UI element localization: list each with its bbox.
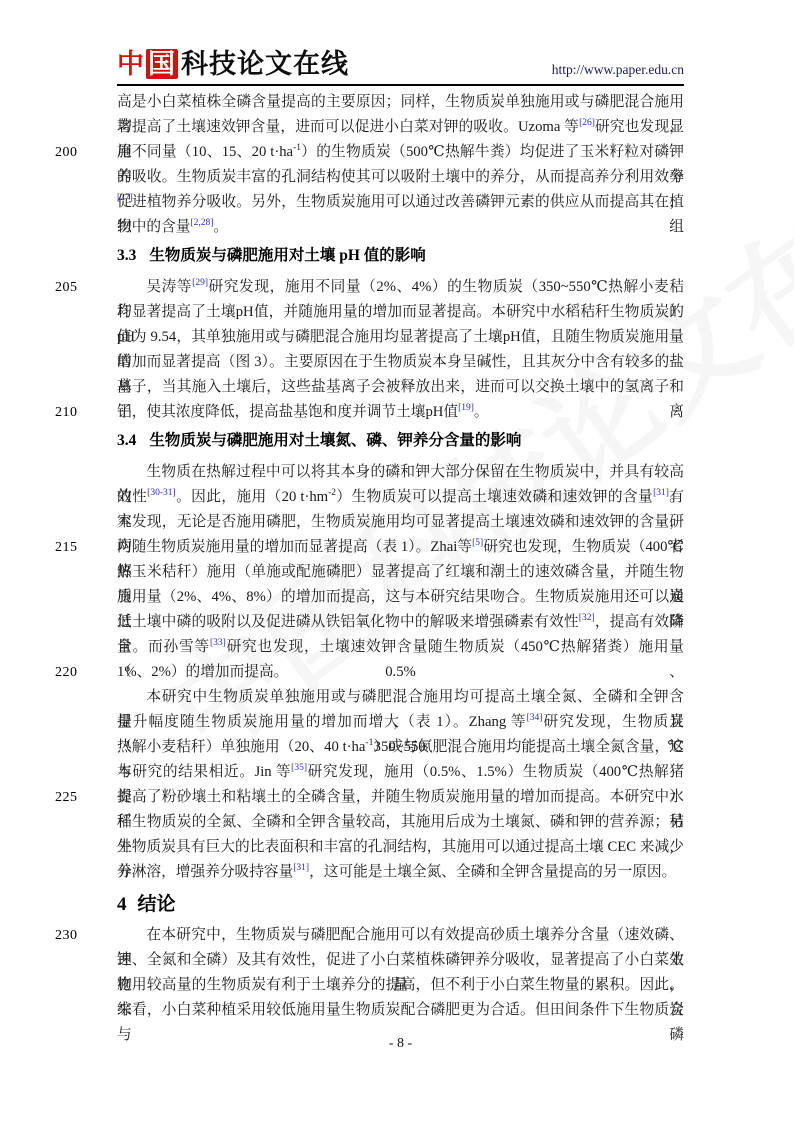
- text-run: 均随生物质炭施用量的增加而显著提高（表 1）。Zhai等: [117, 539, 472, 555]
- section-heading: 4结论: [117, 891, 684, 919]
- line-number: 205: [55, 275, 99, 300]
- text-line: 热解小麦秸秆）单独施用（20、40 t·ha-1）或与氮肥混合施用均能提高土壤全…: [117, 735, 684, 760]
- paragraph: 高是小白菜植株全磷含量提高的主要原因；同样，生物质炭单独施用或与磷肥混合施用均显…: [117, 90, 684, 240]
- text-line: 促进植物养分吸收。另外，生物质炭施用可以通过改善磷钾元素的供应从而提高其在植物组: [117, 190, 684, 215]
- text-run: 吴涛等: [146, 279, 192, 295]
- text-line: 钾、全氮和全磷）及其有效性，促进了小白菜植株磷钾养分吸收，显著提高了小白菜生物量…: [117, 948, 684, 973]
- text-line: 生物质炭具有巨大的比表面积和丰富的孔洞结构，其施用可以通过提高土壤 CEC 来减…: [117, 835, 684, 860]
- text-run: 的吸收。生物质炭丰富的孔洞结构使其可以吸附土壤中的养分，从而提高养分利用效率: [117, 169, 684, 185]
- line-number: 220: [55, 660, 99, 685]
- text-run: 热解小麦秸秆）单独施用（20、40 t·ha: [117, 739, 365, 755]
- text-line: 量。而孙雪等[33]研究也发现，土壤速效钾含量随生物质炭（450℃热解猪粪）施用…: [117, 635, 684, 660]
- logo-char-guo: 国: [146, 49, 178, 79]
- text-line: 秆生物质炭的全氮、全磷和全钾含量较高，其施用后成为土壤氮、磷和钾的营养源；另外，: [117, 810, 684, 835]
- text-run: 著提高了土壤速效钾含量，进而可以促进小白菜对钾的吸收。Uzoma 等: [117, 119, 579, 135]
- text-line: 来看，小白菜种植采用较低施用量生物质炭配合磷肥更为合适。但田间条件下生物质炭与磷: [117, 998, 684, 1023]
- text-line: 究发现，无论是否施用磷肥，生物质炭施用均可显著提高土壤速效磷和速效钾的含量，两者: [117, 510, 684, 535]
- heading-title: 生物质炭与磷肥施用对土壤 pH 值的影响: [149, 247, 425, 264]
- reference-superscript: [30-31]: [147, 488, 176, 498]
- text-run: ）生物质炭可以提高土壤速效磷和速效钾的含量: [336, 489, 653, 505]
- text-line: 2201%、2%）的增加而提高。: [117, 660, 684, 685]
- paragraph: 本研究中生物质炭单独施用或与磷肥混合施用均可提高土壤全氮、全磷和全钾含量，且提升…: [117, 685, 684, 885]
- text-line: 的吸收。生物质炭丰富的孔洞结构使其可以吸附土壤中的养分，从而提高养分利用效率[2…: [117, 165, 684, 190]
- text-line: 低土壤中磷的吸附以及促进磷从铁铝氧化物中的解吸来增强磷素有效性[32]，提高有效…: [117, 610, 684, 635]
- site-logo: 中 国 科技论文在线: [117, 49, 349, 79]
- heading-title: 生物质炭与磷肥施用对土壤氮、磷、钾养分含量的影响: [149, 432, 521, 449]
- document-body: 高是小白菜植株全磷含量提高的主要原因；同样，生物质炭单独施用或与磷肥混合施用均显…: [117, 90, 684, 1023]
- heading-number: 3.3: [117, 247, 136, 264]
- line-number: 210: [55, 400, 99, 425]
- text-line: 均显著提高了土壤pH值，并随施用量的增加而显著提高。本研究中水稻秸秆生物质炭的p…: [117, 300, 684, 325]
- line-number: 215: [55, 535, 99, 560]
- site-url-link[interactable]: http://www.paper.edu.cn: [552, 62, 684, 78]
- text-line: 205吴涛等[29]研究发现，施用不同量（2%、4%）的生物质炭（350~550…: [117, 275, 684, 300]
- section-heading: 3.3生物质炭与磷肥施用对土壤 pH 值的影响: [117, 243, 684, 268]
- reference-superscript: [29]: [192, 278, 208, 288]
- text-run: 。: [213, 219, 228, 235]
- text-line: 200用不同量（10、15、20 t·ha-1）的生物质炭（500℃热解牛粪）均…: [117, 140, 684, 165]
- paragraph: 生物质在热解过程中可以将其本身的磷和钾大部分保留在生物质炭中，并具有较高的有效性…: [117, 460, 684, 685]
- text-line: 织中的含量[2,28]。: [117, 215, 684, 240]
- text-line: 215均随生物质炭施用量的增加而显著提高（表 1）。Zhai等[5]研究也发现，…: [117, 535, 684, 560]
- heading-number: 4: [117, 894, 127, 915]
- heading-number: 3.4: [117, 432, 136, 449]
- text-line: 增加而显著提高（图 3）。主要原因在于生物质炭本身呈碱性，且其灰分中含有较多的盐…: [117, 350, 684, 375]
- reference-superscript: [32]: [579, 613, 595, 623]
- text-line: 值为 9.54，其单独施用或与磷肥混合施用均显著提高了土壤pH值，且随生物质炭施…: [117, 325, 684, 350]
- text-run: 效性: [117, 489, 147, 505]
- paper-page: 中国科技论文在线 中 国 科技论文在线 http://www.paper.edu…: [0, 0, 794, 1123]
- text-line: 230在本研究中，生物质炭与磷肥配合施用可以有效提高砂质土壤养分含量（速效磷、速…: [117, 923, 684, 948]
- reference-superscript: [2,28]: [190, 218, 213, 228]
- text-run: 量。而孙雪等: [117, 639, 210, 655]
- text-run: 1%、2%）的增加而提高。: [117, 664, 288, 680]
- reference-superscript: [5]: [472, 538, 483, 548]
- text-run: 子，使其浓度降低，提高盐基饱和度并调节土壤pH值: [117, 404, 458, 420]
- reference-superscript: [26]: [579, 118, 595, 128]
- paragraph: 205吴涛等[29]研究发现，施用不同量（2%、4%）的生物质炭（350~550…: [117, 275, 684, 425]
- text-run: 用不同量（10、15、20 t·ha: [117, 144, 293, 160]
- text-line: 本研究的结果相近。Jin 等[35]研究发现，施用（0.5%、1.5%）生物质炭…: [117, 760, 684, 785]
- text-line: 225提高了粉砂壤土和粘壤土的全磷含量，并随生物质炭施用量的增加而提高。本研究中…: [117, 785, 684, 810]
- reference-superscript: [31]: [653, 488, 669, 498]
- reference-superscript: [33]: [210, 638, 226, 648]
- text-line: 解玉米秸秆）施用（单施或配施磷肥）显著提高了红壤和潮土的速效磷含量，并随生物质炭: [117, 560, 684, 585]
- text-line: 著提高了土壤速效钾含量，进而可以促进小白菜对钾的吸收。Uzoma 等[26]研究…: [117, 115, 684, 140]
- text-line: 210子，使其浓度降低，提高盐基饱和度并调节土壤pH值[19]。: [117, 400, 684, 425]
- reference-superscript: [31]: [293, 863, 309, 873]
- text-run: 本研究的结果相近。Jin 等: [117, 764, 291, 780]
- text-line: 施用量（2%、4%、8%）的增加而提高，这与本研究结果吻合。生物质炭施用还可以通…: [117, 585, 684, 610]
- text-line: 施用较高量的生物质炭有利于土壤养分的提高，但不利于小白菜生物量的累积。因此，综合: [117, 973, 684, 998]
- heading-title: 结论: [138, 894, 176, 915]
- logo-text: 科技论文在线: [181, 49, 349, 79]
- page-number: - 8 -: [117, 1036, 684, 1052]
- exponent-superscript: -2: [328, 488, 336, 498]
- reference-superscript: [19]: [458, 403, 474, 413]
- reference-superscript: [35]: [291, 763, 307, 773]
- line-number: 225: [55, 785, 99, 810]
- text-line: 效性[30-31]。因此，施用（20 t·hm-2）生物质炭可以提高土壤速效磷和…: [117, 485, 684, 510]
- text-line: 提升幅度随生物质炭施用量的增加而增大（表 1）。Zhang 等[34]研究发现，…: [117, 710, 684, 735]
- text-run: 提升幅度随生物质炭施用量的增加而增大（表 1）。Zhang 等: [117, 714, 527, 730]
- paragraph: 230在本研究中，生物质炭与磷肥配合施用可以有效提高砂质土壤养分含量（速效磷、速…: [117, 923, 684, 1023]
- text-run: 低土壤中磷的吸附以及促进磷从铁铝氧化物中的解吸来增强磷素有效性: [117, 614, 579, 630]
- reference-superscript: [34]: [527, 713, 543, 723]
- text-line: 离子，当其施入土壤后，这些盐基离子会被释放出来，进而可以交换土壤中的氢离子和铝离: [117, 375, 684, 400]
- section-heading: 3.4生物质炭与磷肥施用对土壤氮、磷、钾养分含量的影响: [117, 428, 684, 453]
- line-number: 230: [55, 923, 99, 948]
- header-divider: [117, 84, 684, 86]
- text-line: 高是小白菜植株全磷含量提高的主要原因；同样，生物质炭单独施用或与磷肥混合施用均显: [117, 90, 684, 115]
- text-line: 分淋溶，增强养分吸持容量[31]，这可能是土壤全氮、全磷和全钾含量提高的另一原因…: [117, 860, 684, 885]
- text-run: ，这可能是土壤全氮、全磷和全钾含量提高的另一原因。: [309, 864, 676, 880]
- text-run: 。因此，施用（20 t·hm: [176, 489, 328, 505]
- text-run: 。: [474, 404, 489, 420]
- text-run: 分淋溶，增强养分吸持容量: [117, 864, 293, 880]
- logo-char-zhong: 中: [117, 49, 145, 79]
- text-run: 织中的含量: [117, 219, 190, 235]
- exponent-superscript: -1: [293, 143, 301, 153]
- text-line: 生物质在热解过程中可以将其本身的磷和钾大部分保留在生物质炭中，并具有较高的有: [117, 460, 684, 485]
- text-line: 本研究中生物质炭单独施用或与磷肥混合施用均可提高土壤全氮、全磷和全钾含量，且: [117, 685, 684, 710]
- line-number: 200: [55, 140, 99, 165]
